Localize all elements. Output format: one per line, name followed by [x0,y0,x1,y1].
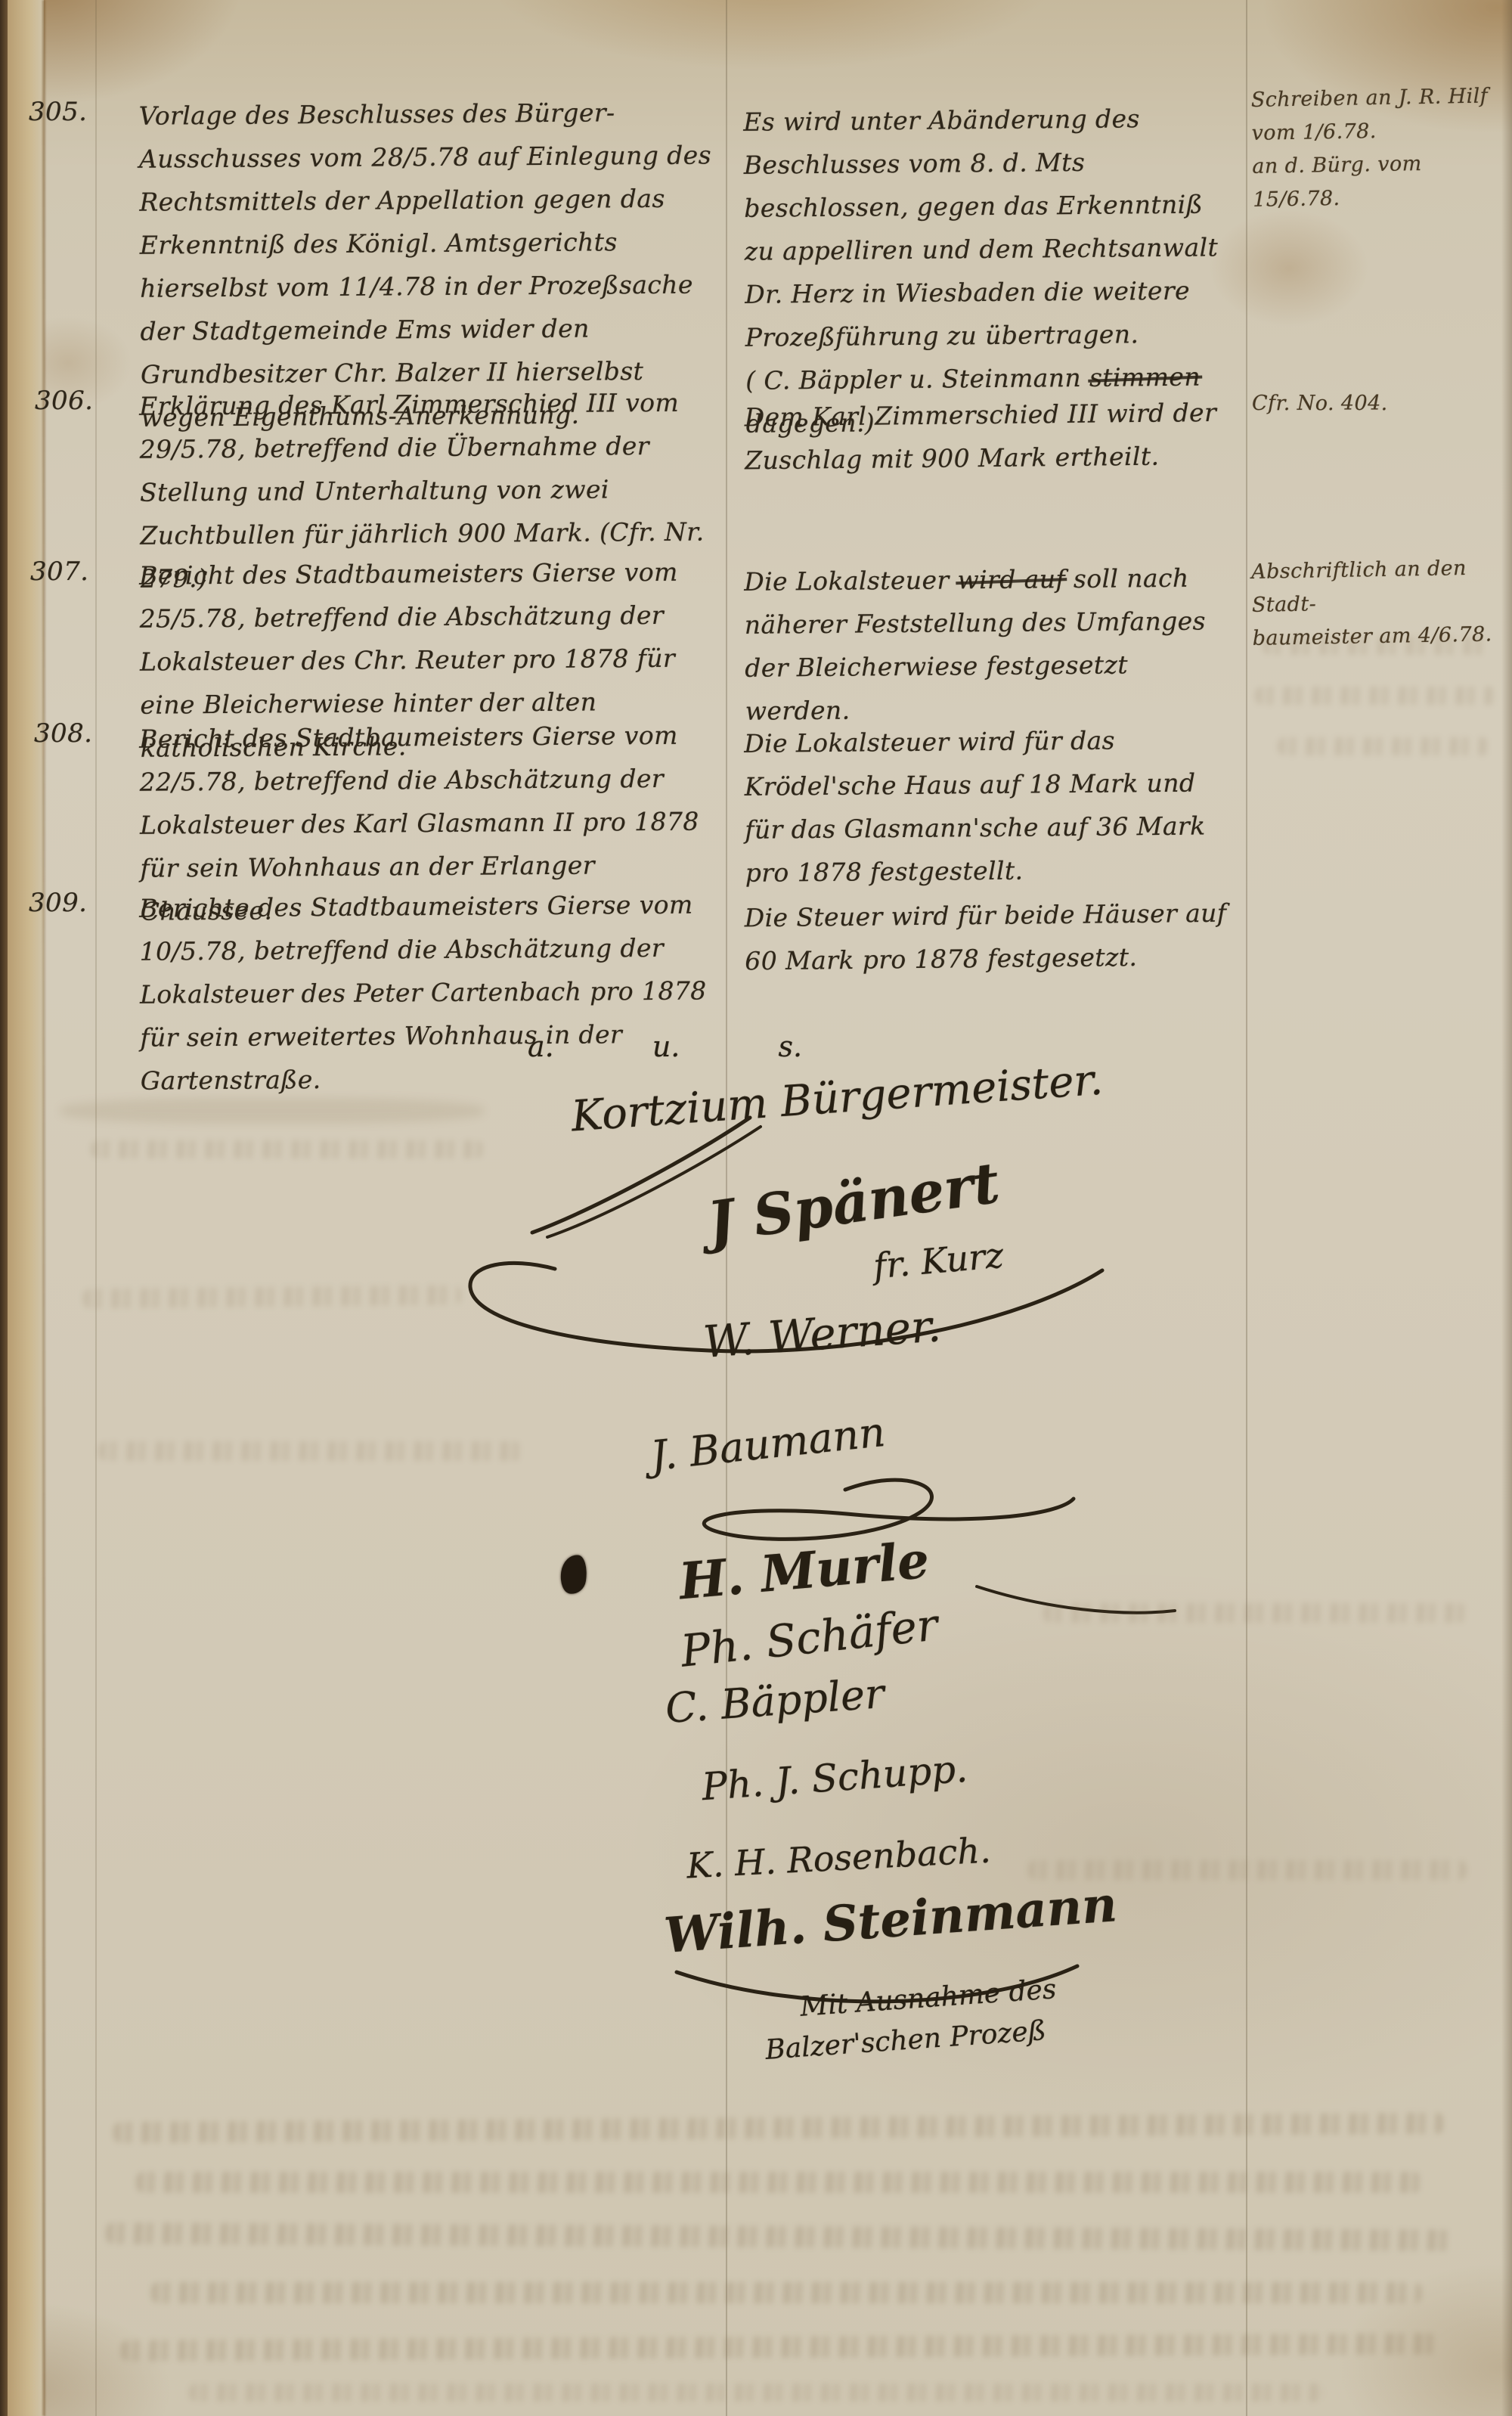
bleed-through [189,2383,1323,2402]
entry-number: 306. [35,386,93,416]
bleed-through [151,2282,1421,2303]
bleed-through [136,2172,1421,2193]
resolution-pre: Die Lokalsteuer [744,565,958,596]
bleed-through [1263,637,1489,655]
margin-line: Schreiben an J. R. Hilf [1250,79,1505,117]
bleed-through [1255,687,1497,705]
margin-line: Abschriftlich an den Stadt- [1251,551,1506,622]
entry-306-margin-note: Cfr. No. 404. [1252,387,1506,420]
actum-ut-supra-abbreviation: a. u. s. [528,1030,802,1063]
entry-309-motion-text: Berichte des Stadtbaumeisters Gierse vom… [139,882,729,1102]
signature-baeppler: C. Bäppler [664,1670,885,1732]
paper-left-edge [8,0,44,2416]
entry-306-resolution-text: Dem Karl Zimmerschied III wird der Zusch… [744,391,1232,482]
struck-word: stimmen [1089,362,1201,392]
book-binding-edge [0,0,8,2416]
protocol-page-scan: 305. Vorlage des Beschlusses des Bürger-… [0,0,1512,2416]
entry-number: 308. [34,718,92,749]
bleed-through [60,1098,484,1124]
entry-number: 309. [29,888,87,918]
bleed-through [1278,737,1489,755]
signature-steinmann: Wilh. Steinmann [662,1876,1119,1965]
entry-305-margin-note: Schreiben an J. R. Hilf vom 1/6.78. an d… [1250,79,1507,217]
margin-line: vom 1/6.78. [1251,113,1506,150]
entry-308-resolution-text: Die Lokalsteuer wird für das Krödel'sche… [744,718,1233,895]
bleed-through [1028,1860,1467,1880]
entry-309-resolution-text: Die Steuer wird für beide Häuser auf 60 … [744,892,1232,983]
bleed-through [121,2333,1436,2361]
entry-number: 307. [30,557,88,587]
bleed-through [113,2113,1444,2143]
margin-rule-left [95,0,97,2416]
bleed-through [106,2222,1452,2250]
entry-number: 305. [29,97,87,127]
margin-line: an d. Bürg. vom 15/6.78. [1252,146,1507,217]
resolution-text: Es wird unter Abänderung des Beschlusses… [743,104,1218,352]
bleed-through [98,1441,522,1461]
margin-line: Cfr. No. 404. [1252,387,1506,420]
column-divider-2 [1246,0,1247,2416]
paper-right-shadow [1501,0,1512,2416]
struck-words: wird auf [957,564,1065,594]
resolution-note-pre: ( C. Bäppler u. Steinmann [745,363,1089,395]
signature-schupp: Ph. J. Schupp. [700,1747,968,1809]
ink-blot [559,1553,590,1596]
bleed-through [91,1140,484,1158]
paper-edge-line [42,0,45,2416]
bleed-through [1043,1603,1467,1623]
entry-307-resolution-text: Die Lokalsteuer wird auf soll nach näher… [744,556,1233,733]
signature-rosenbach: K. H. Rosenbach. [686,1830,992,1887]
signature-schaefer: Ph. Schäfer [678,1599,940,1676]
bleed-through [83,1285,461,1308]
